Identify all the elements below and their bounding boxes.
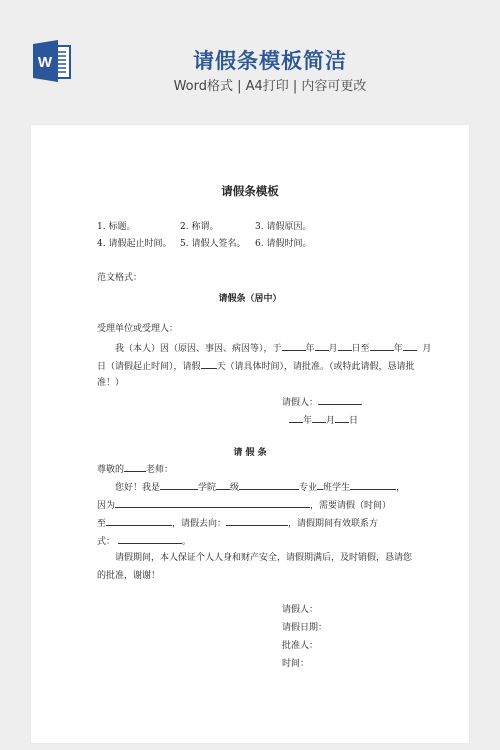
form-paragraph-1: 您好！我是学院级专业班学生， — [115, 480, 405, 494]
form-paragraph-5-line1: 请假期间，本人保证个人人身和财产安全，请假期满后，及时销假，恳请您 — [115, 552, 412, 564]
form-paragraph-3: 至，请假去向：，请假期间有效联系方 — [97, 516, 378, 530]
sample-signature: 请假人： — [282, 395, 362, 409]
form-sign-approver: 批准人： — [282, 640, 318, 652]
sample-date: 年月日 — [289, 413, 358, 427]
form-sign-leave-date: 请假日期： — [282, 622, 327, 634]
form-paragraph-5-line2: 的批准，谢谢！ — [97, 570, 160, 582]
form-sign-time: 时间： — [282, 658, 309, 670]
document-page: 请假条模板 1. 标题。 2. 称谓。 3. 请假原因。 4. 请假起止时间。 … — [31, 125, 469, 743]
element-item: 6. 请假时间。 — [255, 238, 311, 250]
sample-line-2: 日（请假起止时间），请假天（请具体时间），请批准。（或特此请假，恳请批 — [97, 359, 415, 373]
element-item: 4. 请假起止时间。 — [97, 238, 171, 250]
form-sign-applicant: 请假人： — [282, 604, 318, 616]
element-item: 3. 请假原因。 — [255, 221, 311, 233]
element-item: 2. 称谓。 — [180, 221, 218, 233]
sample-heading: 请假条（居中） — [31, 291, 469, 304]
element-item: 1. 标题。 — [97, 221, 135, 233]
element-item: 5. 请假人签名。 — [180, 238, 245, 250]
document-title: 请假条模板 — [31, 183, 469, 199]
page-subtitle: Word格式 | A4打印 | 内容可更改 — [0, 75, 500, 94]
sample-line-1: 我（本人）因（原因、事因、病因等），于年月日至年 月 — [115, 341, 431, 355]
form-heading: 请 假 条 — [31, 445, 469, 458]
sample-line-3: 准！） — [97, 377, 124, 389]
sample-label: 范文格式： — [97, 272, 142, 284]
form-paragraph-2: 因为，需要请假（时间） — [97, 498, 391, 512]
form-greeting: 尊敬的老师： — [97, 462, 173, 476]
sample-recipient: 受理单位或受理人： — [97, 323, 178, 335]
page-title: 请假条模板简洁 — [0, 45, 500, 75]
form-paragraph-4: 式： 。 — [97, 534, 191, 548]
